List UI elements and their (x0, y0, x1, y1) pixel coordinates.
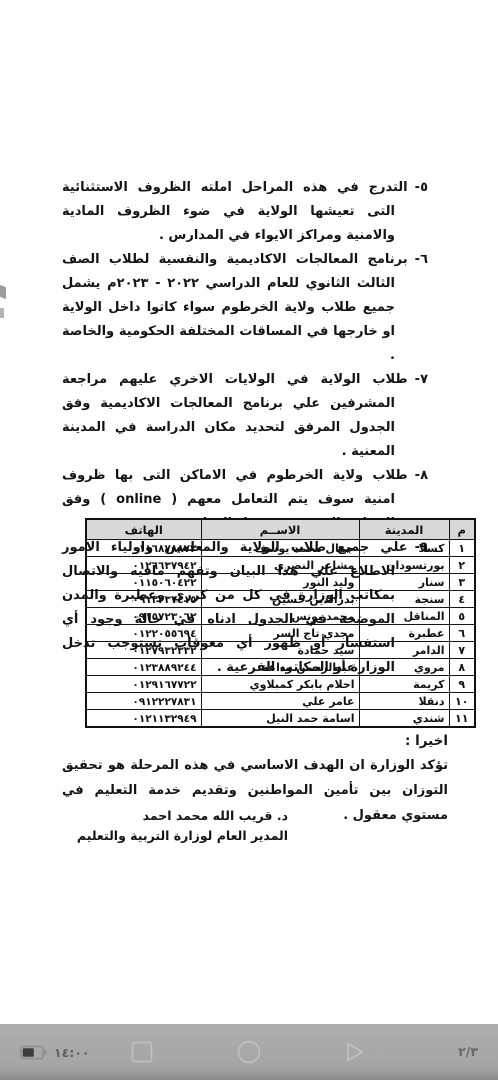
cell-name: محمد يونس (201, 608, 359, 625)
table-row: ١ كسلا جمال محمد يوسف ٠١١٦٨٧٨٨٧٢ (86, 540, 475, 557)
phone-number: ٠١٢٦٦٣٧٩٤٢ (132, 560, 196, 572)
cell-phone: ٠١٢٢٠٥٥٦٩٤ (86, 625, 201, 642)
cell-phone: ٠١٢٣٨٨٩٢٤٤ (86, 659, 201, 676)
back-triangle-icon (343, 1040, 367, 1064)
table-row: ١٠ دنقلا عامر علي ٠٩١٢٢٢٧٨٣١ (86, 693, 475, 710)
cell-name: عامر علي (201, 693, 359, 710)
list-item: ٦-برنامج المعالجات الاكاديمية والنفسية ل… (62, 248, 428, 368)
cell-city: الدامر (359, 642, 449, 659)
cell-city: سنار (359, 574, 449, 591)
navigation-bar: ١٤:٠٠ ٢/٣ (0, 1024, 498, 1080)
cell-city: سنجة (359, 591, 449, 608)
closing-heading: اخيرا : (405, 733, 448, 749)
page-indicator: ٢/٣ (458, 1044, 478, 1059)
clock-text: ١٤:٠٠ (54, 1045, 90, 1060)
phone-screen: ٥-التدرج في هذه المراحل املته الظروف الا… (0, 0, 498, 1080)
cell-serial: ٨ (449, 659, 475, 676)
cell-serial: ٣ (449, 574, 475, 591)
table-row: ٣ سنار وليد النور ٠١١٥٠٦٠٤٢٢ (86, 574, 475, 591)
cell-name: عبدالرحمن وداعة (201, 659, 359, 676)
item-text: برنامج المعالجات الاكاديمية والنفسية لطل… (62, 252, 408, 363)
cell-name: جمال محمد يوسف (201, 540, 359, 557)
cell-phone: ٠٩١٢٢٢٧٨٣١ (86, 693, 201, 710)
cell-serial: ٦ (449, 625, 475, 642)
phone-number: ٠٩١٥٧٢٣٠٦٢ (132, 611, 196, 623)
table-header-row: م المدينة الاســم الهاتف (86, 519, 475, 540)
header-name: الاســم (201, 519, 359, 540)
cell-city: دنقلا (359, 693, 449, 710)
battery-icon (20, 1045, 47, 1060)
home-button[interactable] (234, 1037, 264, 1067)
contacts-table: م المدينة الاســم الهاتف ١ كسلا جمال محم… (85, 518, 476, 728)
phone-number: ٠١٢٩١٦٧٧٢٢ (132, 679, 196, 691)
header-phone: الهاتف (86, 519, 201, 540)
table-row: ٥ المناقل محمد يونس ٠٩١٥٧٢٣٠٦٢ (86, 608, 475, 625)
cell-name: مشاعر النصري (201, 557, 359, 574)
cell-city: كسلا (359, 540, 449, 557)
phone-number: ٠١٢٧٩٣٢٣٣٢ (132, 645, 196, 657)
phone-number: ٠١٢١١٣٢٩٤٩ (132, 713, 196, 725)
phone-number: ٠١٢٣٨٨٩٢٤٤ (132, 662, 196, 674)
cell-name: مجدي تاج السر (201, 625, 359, 642)
signature-block: د. قريب الله محمد احمد المدير العام لوزا… (77, 806, 288, 846)
cell-city: بورتسودان (359, 557, 449, 574)
cell-city: كريمة (359, 676, 449, 693)
cell-serial: ٩ (449, 676, 475, 693)
item-text: التدرج في هذه المراحل املته الظروف الاست… (62, 180, 408, 243)
table-row: ٦ عطبرة مجدي تاج السر ٠١٢٢٠٥٥٦٩٤ (86, 625, 475, 642)
cell-name: اسامة حمد النيل (201, 710, 359, 728)
table-row: ٨ مروي عبدالرحمن وداعة ٠١٢٣٨٨٩٢٤٤ (86, 659, 475, 676)
cell-phone: ٠١١٦٨٧٨٨٧٢ (86, 540, 201, 557)
table-row: ٩ كريمة احلام بابكر كمبلاوي ٠١٢٩١٦٧٧٢٢ (86, 676, 475, 693)
home-circle-icon (236, 1039, 262, 1065)
cell-phone: ٠١٢١١٣٢٩٤٩ (86, 710, 201, 728)
cell-serial: ١٠ (449, 693, 475, 710)
recents-square-icon (130, 1040, 154, 1064)
item-number: ٨- (415, 468, 428, 483)
signature-title: المدير العام لوزارة التربية والتعليم (77, 826, 288, 846)
cell-name: وليد النور (201, 574, 359, 591)
cell-serial: ١ (449, 540, 475, 557)
phone-number: ٠١٢٢٠٥٥٦٩٤ (132, 628, 196, 640)
cell-serial: ١١ (449, 710, 475, 728)
cell-phone: ٠١٢٦٦٣٧٩٤٢ (86, 557, 201, 574)
table-row: ٢ بورتسودان مشاعر النصري ٠١٢٦٦٣٧٩٤٢ (86, 557, 475, 574)
cell-serial: ٧ (449, 642, 475, 659)
cell-city: مروي (359, 659, 449, 676)
header-city: المدينة (359, 519, 449, 540)
header-serial: م (449, 519, 475, 540)
cell-serial: ٢ (449, 557, 475, 574)
scan-artifact (0, 308, 4, 318)
item-text: طلاب الولاية في الولايات الاخري عليهم مر… (62, 372, 408, 459)
signature-name: د. قريب الله محمد احمد (77, 806, 288, 826)
item-number: ٧- (415, 372, 428, 387)
item-number: ٦- (415, 252, 428, 267)
phone-number: ٠٩١٢٢٣٧٤١٥ (132, 594, 196, 606)
cell-phone: ٠٩١٥٧٢٣٠٦٢ (86, 608, 201, 625)
item-number: ٥- (415, 180, 428, 195)
cell-city: شندي (359, 710, 449, 728)
cell-serial: ٤ (449, 591, 475, 608)
back-button[interactable] (340, 1037, 370, 1067)
phone-number: ٠١١٥٠٦٠٤٢٢ (132, 577, 196, 589)
cell-city: عطبرة (359, 625, 449, 642)
cell-name: بدرالدين حسين (201, 591, 359, 608)
cell-serial: ٥ (449, 608, 475, 625)
recents-button[interactable] (127, 1037, 157, 1067)
table-row: ١١ شندي اسامة حمد النيل ٠١٢١١٣٢٩٤٩ (86, 710, 475, 728)
cell-phone: ٠١٢٩١٦٧٧٢٢ (86, 676, 201, 693)
scan-artifact (0, 285, 6, 299)
cell-phone: ٠١٢٧٩٣٢٣٣٢ (86, 642, 201, 659)
list-item: ٥-التدرج في هذه المراحل املته الظروف الا… (62, 176, 428, 248)
cell-city: المناقل (359, 608, 449, 625)
navbar-status-group: ١٤:٠٠ (20, 1024, 90, 1080)
cell-phone: ٠١١٥٠٦٠٤٢٢ (86, 574, 201, 591)
list-item: ٧-طلاب الولاية في الولايات الاخري عليهم … (62, 368, 428, 464)
phone-number: ٠٩١٢٢٢٧٨٣١ (132, 696, 196, 708)
table-row: ٧ الدامر سيد حمادة ٠١٢٧٩٣٢٣٣٢ (86, 642, 475, 659)
cell-name: سيد حمادة (201, 642, 359, 659)
cell-phone: ٠٩١٢٢٣٧٤١٥ (86, 591, 201, 608)
phone-number: ٠١١٦٨٧٨٨٧٢ (132, 543, 196, 555)
cell-name: احلام بابكر كمبلاوي (201, 676, 359, 693)
table-row: ٤ سنجة بدرالدين حسين ٠٩١٢٢٣٧٤١٥ (86, 591, 475, 608)
